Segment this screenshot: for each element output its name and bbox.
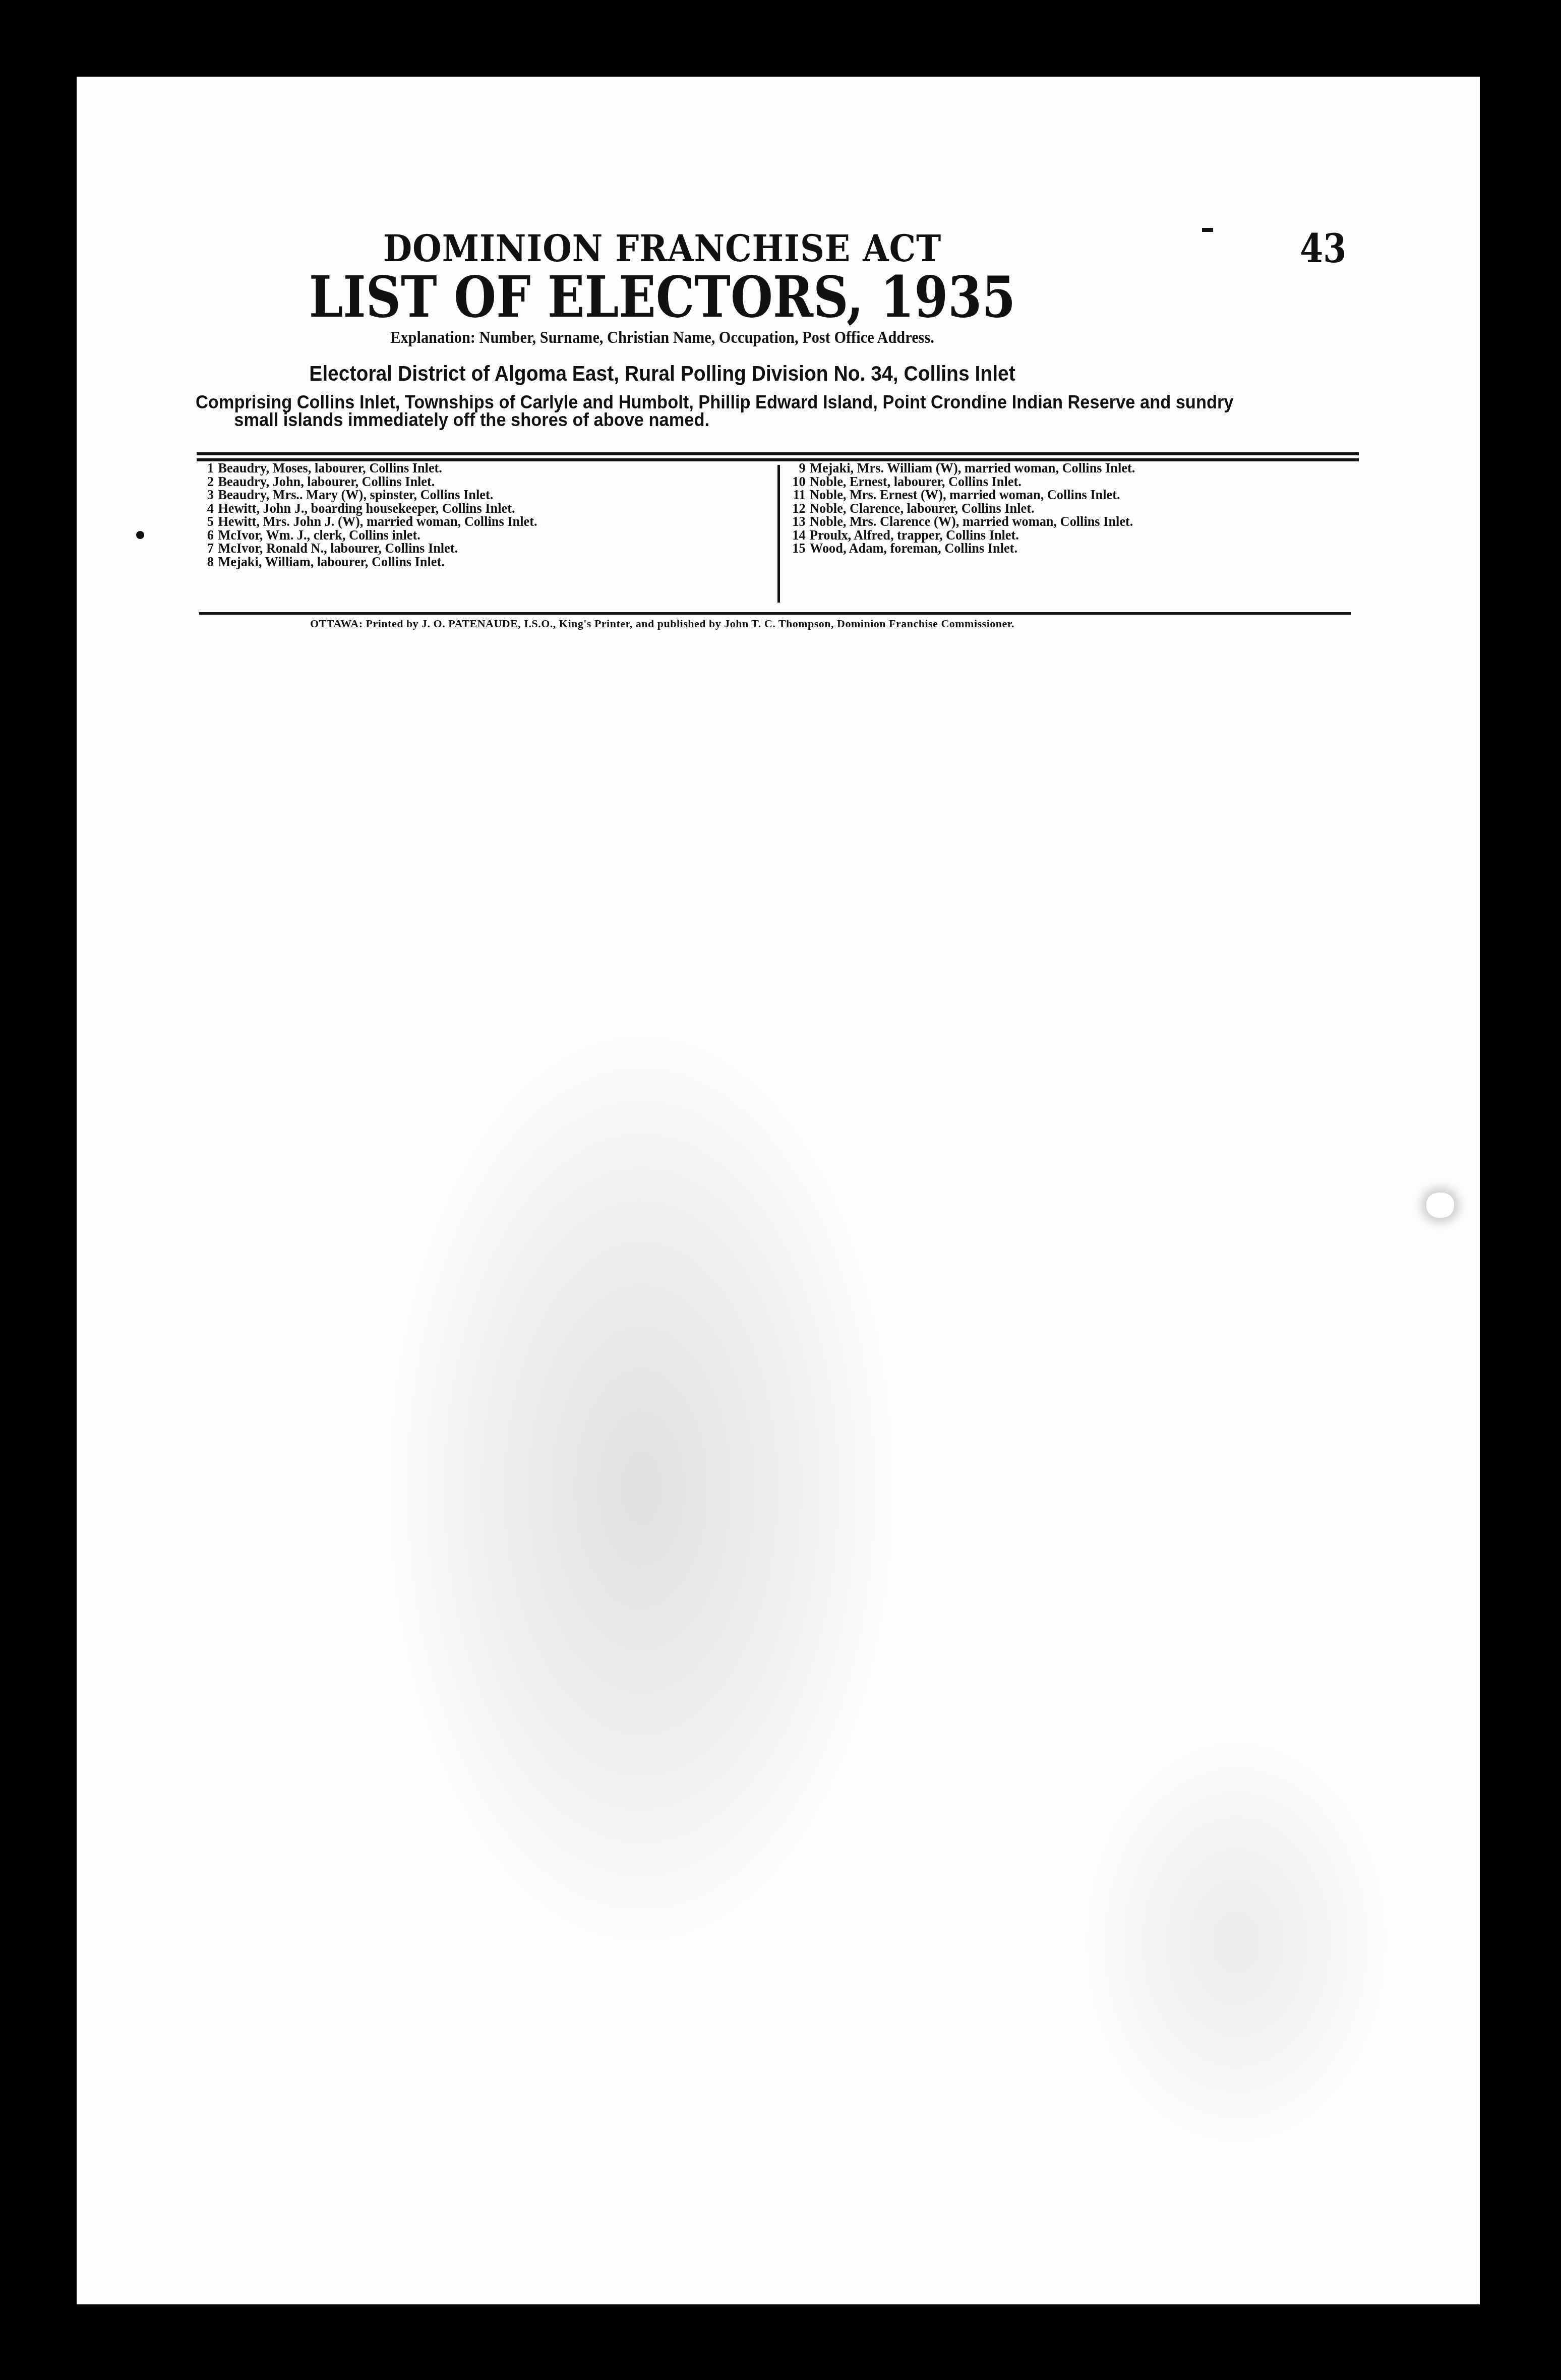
elector-details: Mejaki, William, labourer, Collins Inlet… — [218, 554, 444, 570]
print-through-smudge — [1085, 1741, 1388, 2144]
electors-column-right: 9Mejaki, Mrs. William (W), married woman… — [787, 462, 1157, 556]
comprising-line-1: Comprising Collins Inlet, Townships of C… — [196, 393, 1284, 411]
list-title: LIST OF ELECTORS, 1935 — [59, 264, 1266, 330]
double-rule-top — [197, 452, 1359, 455]
document-page: 43 DOMINION FRANCHISE ACT LIST OF ELECTO… — [77, 77, 1480, 2304]
elector-number: 15 — [787, 542, 806, 556]
printer-imprint: OTTAWA: Printed by J. O. PATENAUDE, I.S.… — [0, 617, 1364, 630]
elector-entry: 8Mejaki, William, labourer, Collins Inle… — [205, 556, 537, 569]
print-through-smudge — [389, 1035, 893, 1942]
elector-entry: 15Wood, Adam, foreman, Collins Inlet. — [787, 542, 1135, 556]
district-heading: Electoral District of Algoma East, Rural… — [10, 362, 1314, 386]
elector-details: Wood, Adam, foreman, Collins Inlet. — [810, 541, 1017, 556]
comprising-description: Comprising Collins Inlet, Townships of C… — [196, 393, 1365, 429]
bottom-rule — [199, 612, 1351, 615]
column-divider — [777, 465, 780, 603]
electors-column-left: 1Beaudry, Moses, labourer, Collins Inlet… — [205, 462, 559, 569]
act-title: DOMINION FRANCHISE ACT — [17, 227, 1307, 270]
explanation-line: Explanation: Number, Surname, Christian … — [17, 329, 1307, 347]
elector-number: 8 — [205, 556, 214, 569]
ink-speck — [136, 531, 144, 539]
comprising-line-2: small islands immediately off the shores… — [196, 411, 1284, 429]
page-hole — [1426, 1193, 1454, 1218]
